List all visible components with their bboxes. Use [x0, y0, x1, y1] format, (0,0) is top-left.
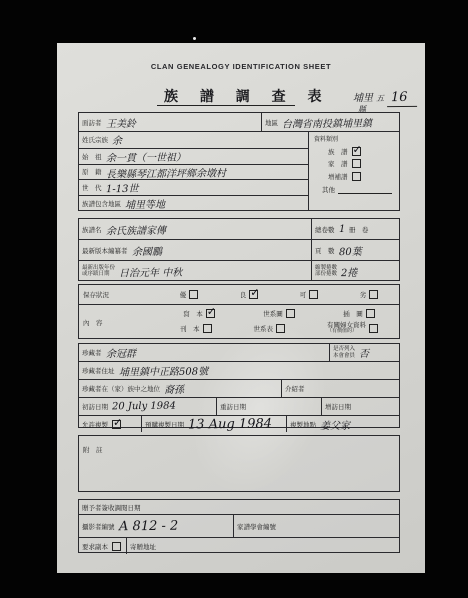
scan-artifact-dot: [193, 37, 196, 40]
checkbox: ✓: [112, 420, 121, 429]
compiler-label: 最新版本編纂者: [82, 246, 128, 255]
page-code-place: 埔里: [353, 89, 373, 104]
origin-value: 長樂縣琴江都洋坪鄉余墩村: [105, 164, 225, 180]
condition-option: 劣: [360, 290, 379, 299]
content-option: 有關婦女資料 （有價值的）: [327, 322, 378, 335]
section-genealogy-title: 族譜名 余氏族譜家傳 總卷數 1 冊 卷 最新版本編纂者 余國鵬 頁 數 80葉: [78, 218, 400, 281]
section-condition-content: 保存狀況 優 良 ✓ 可 劣: [78, 284, 400, 339]
category-option: 家 譜: [328, 159, 394, 168]
area-field: 地區 台灣省南投鎮埔里鎮: [261, 113, 399, 131]
condition-option: 良 ✓: [240, 290, 259, 299]
generations-value: 1-13世: [105, 180, 138, 195]
compiler-value: 余國鵬: [131, 242, 161, 257]
generations-field: 世 代 1-13世: [79, 179, 308, 195]
first-visit-field: 初訪日期 20 July 1984: [79, 398, 216, 415]
copy-place-value: 姜父家: [320, 416, 350, 431]
checkbox: ✓: [249, 290, 258, 299]
request-copy-field: 要求副本: [79, 538, 126, 554]
publish-year-value: 日治元年 中秋: [119, 263, 182, 279]
owner-field: 珍藏者 余冠群: [79, 344, 329, 361]
genealogy-title-label: 族譜名: [82, 225, 102, 234]
pages-field: 頁 數 80葉: [311, 240, 399, 260]
category-header: 資料類別: [314, 134, 394, 143]
category-box: 資料類別 族 譜 ✓ 家 譜 增補譜 其他: [308, 132, 399, 211]
area-value: 台灣省南投鎮埔里鎮: [282, 114, 372, 130]
category-option: 族 譜 ✓: [328, 147, 394, 156]
checkbox: [276, 324, 285, 333]
owner-position-field: 珍藏者在（家）族中之地位 裔孫: [79, 380, 281, 397]
genealogy-title-value: 余氏族譜家傳: [105, 221, 165, 237]
revisit-field: 重訪日期: [216, 398, 321, 415]
copy-date-value: 13 Aug 1984: [188, 416, 272, 432]
checkbox: [369, 324, 378, 333]
copy-place-field: 複製地點 姜父家: [286, 416, 399, 432]
checkbox: [112, 542, 121, 551]
condition-label: 保存狀況: [79, 290, 159, 299]
surname-value: 余: [112, 132, 122, 147]
checkbox: [286, 309, 295, 318]
checkbox: [203, 324, 212, 333]
photographer-number-field: 攝影者編號 A 812 - 2: [79, 515, 233, 537]
interviewer-label: 面訪者: [82, 118, 102, 127]
content-option: 寫 本 ✓: [183, 309, 215, 318]
checkbox: [352, 159, 361, 168]
surname-field: 姓氏宗族 余: [79, 132, 308, 148]
volumes-field: 總卷數 1 冊 卷: [311, 219, 399, 239]
page-code-mid: 五: [376, 93, 384, 104]
owner-position-label: 珍藏者在（家）族中之地位: [82, 384, 160, 393]
member-label: 是否列入 本會會員: [333, 346, 355, 359]
copy-permission-field: 允許複製 ✓: [79, 416, 141, 432]
generations-label: 世 代: [82, 183, 102, 192]
owner-position-value: 裔孫: [164, 381, 184, 396]
checkbox: [369, 290, 378, 299]
condition-option: 優: [180, 290, 199, 299]
donor-sign-label: 贈予者簽收調閱日期: [82, 503, 141, 512]
page-code-number: 16: [387, 90, 417, 107]
coverage-field: 族譜包含地區 埔里等地: [79, 195, 308, 211]
checkbox: [352, 172, 361, 181]
introducer-field: 介紹者: [281, 380, 399, 397]
section-numbering: 贈予者簽收調閱日期 攝影者編號 A 812 - 2 家譜學會編號 要求副本: [78, 499, 400, 553]
reels-label: 縮製捲數 部份捲數: [315, 265, 337, 278]
notes-label: 附 註: [83, 447, 103, 454]
title-underline: [157, 105, 295, 106]
donor-sign-field: 贈予者簽收調閱日期: [79, 500, 399, 514]
form-page: CLAN GENEALOGY IDENTIFICATION SHEET 族 譜 …: [57, 43, 425, 573]
content-option: 世系表: [254, 324, 286, 333]
owner-address-label: 珍藏者住址: [82, 366, 115, 375]
member-value: 否: [359, 345, 369, 360]
founder-value: 余一貫（一世祖）: [105, 148, 185, 164]
content-option: 刊 本: [180, 324, 212, 333]
coverage-label: 族譜包含地區: [82, 199, 121, 208]
content-label: 內 容: [79, 318, 159, 327]
condition-option: 可: [300, 290, 319, 299]
section-owner: 珍藏者 余冠群 是否列入 本會會員 否 珍藏者住址 埔里鎮中正路508號: [78, 343, 400, 428]
founder-field: 始 祖 余一貫（一世祖）: [79, 148, 308, 164]
genealogy-title-field: 族譜名 余氏族譜家傳: [79, 219, 311, 239]
owner-address-value: 埔里鎮中正路508號: [118, 363, 207, 379]
scanned-photo: CLAN GENEALOGY IDENTIFICATION SHEET 族 譜 …: [0, 0, 468, 598]
origin-label: 原 籍: [82, 167, 102, 176]
publish-year-field: 最新出版年份 或序跋日期 日治元年 中秋: [79, 261, 311, 281]
coverage-value: 埔里等地: [125, 196, 165, 211]
photographer-number-value: A 812 - 2: [118, 518, 177, 534]
form-title: 族 譜 調 查 表: [164, 86, 331, 106]
content-option: 世系圖: [263, 309, 295, 318]
publish-year-label: 最新出版年份 或序跋日期: [82, 265, 115, 278]
society-number-field: 家譜學會編號: [233, 515, 399, 537]
mailing-address-field: 寄贈地址: [126, 538, 399, 554]
form-english-title: CLAN GENEALOGY IDENTIFICATION SHEET: [57, 62, 425, 71]
reels-field: 縮製捲數 部份捲數 2捲: [311, 261, 399, 281]
compiler-field: 最新版本編纂者 余國鵬: [79, 240, 311, 260]
member-field: 是否列入 本會會員 否: [329, 344, 399, 361]
additional-visit-field: 增訪日期: [321, 398, 399, 415]
origin-field: 原 籍 長樂縣琴江都洋坪鄉余墩村: [79, 164, 308, 180]
checkbox: [309, 290, 318, 299]
checkbox: [366, 309, 375, 318]
surname-label: 姓氏宗族: [82, 135, 108, 144]
blank-line: [338, 186, 392, 194]
founder-label: 始 祖: [82, 152, 102, 161]
copy-date-field: 預購複製日期 13 Aug 1984: [141, 416, 286, 432]
content-option: 插 圖: [343, 309, 375, 318]
owner-value: 余冠群: [105, 345, 135, 360]
owner-label: 珍藏者: [82, 348, 102, 357]
category-option: 增補譜: [328, 172, 394, 181]
introducer-label: 介紹者: [285, 384, 305, 393]
checkbox: [189, 290, 198, 299]
section-basic-info: 面訪者 王美鈴 地區 台灣省南投鎮埔里鎮 姓氏宗族 余 始 祖 余一貫（一世祖: [78, 112, 400, 211]
category-other: 其他: [322, 185, 394, 194]
checkbox: ✓: [352, 147, 361, 156]
checkbox: ✓: [206, 309, 215, 318]
area-label: 地區: [265, 118, 278, 127]
interviewer-value: 王美鈴: [105, 114, 135, 129]
section-notes: 附 註: [78, 435, 400, 492]
owner-address-field: 珍藏者住址 埔里鎮中正路508號: [79, 362, 399, 379]
first-visit-value: 20 July 1984: [112, 401, 176, 413]
interviewer-field: 面訪者 王美鈴: [79, 113, 261, 131]
